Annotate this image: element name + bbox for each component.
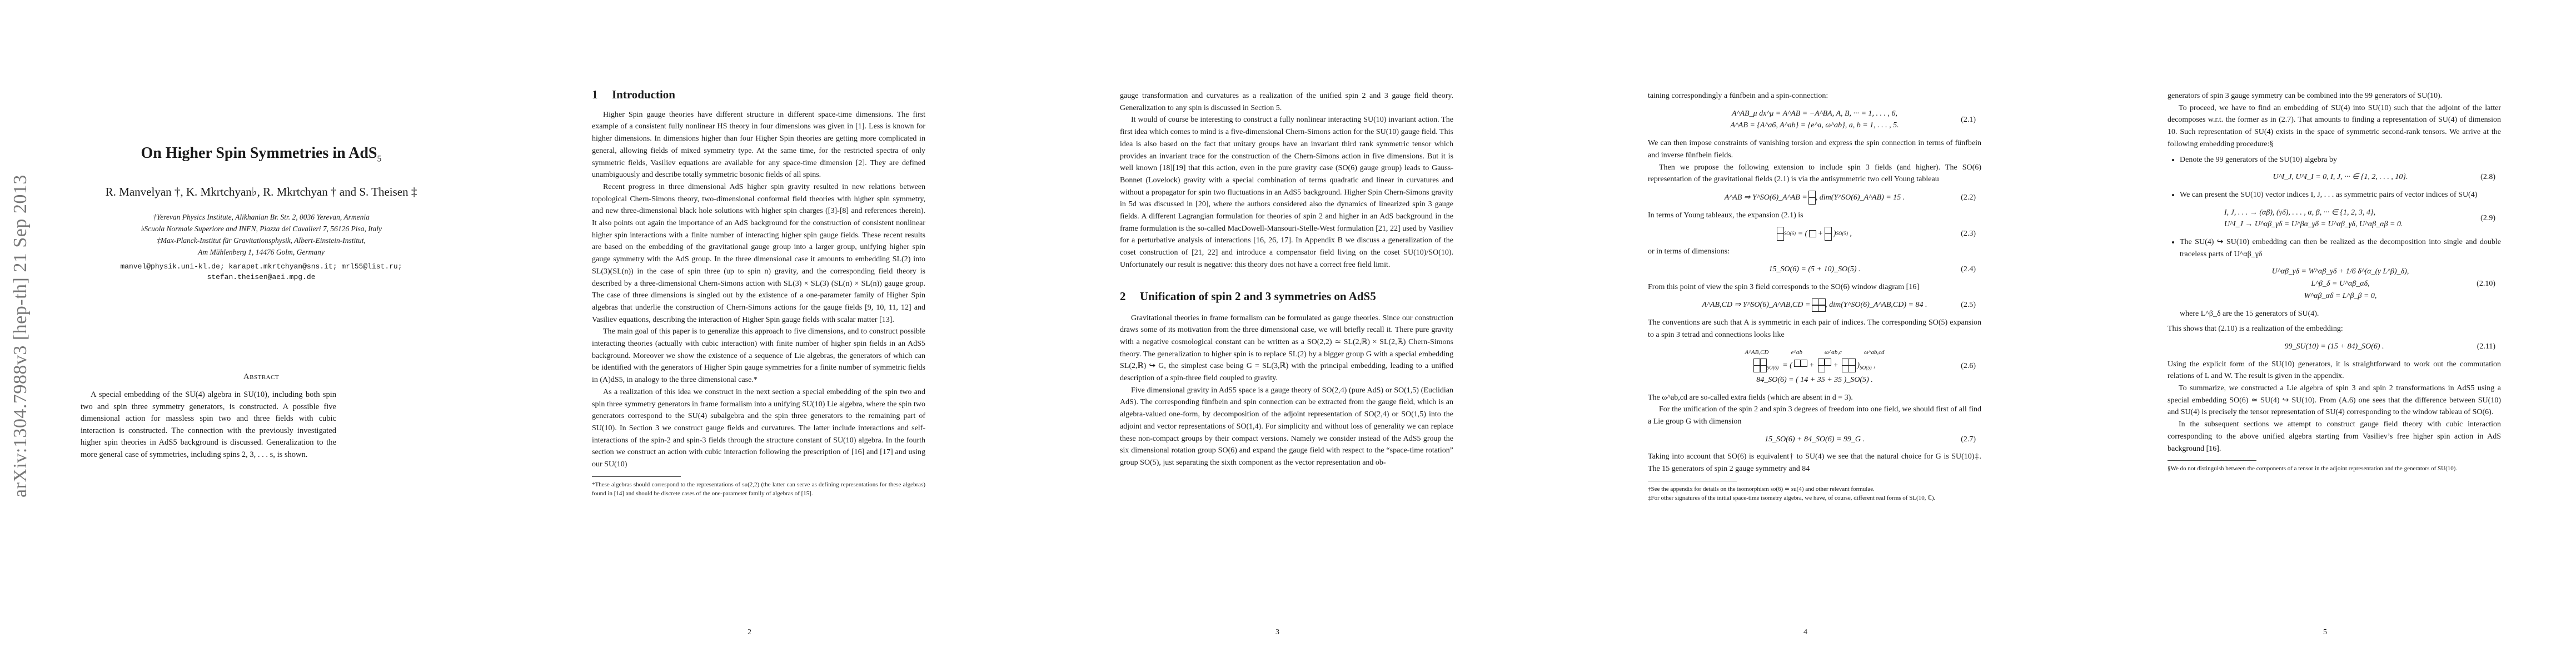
page-number: 3 — [1275, 628, 1279, 637]
paragraph: Five dimensional gravity in AdS5 space i… — [1120, 385, 1453, 469]
embedding-procedure-list: Denote the 99 generators of the SU(10) a… — [2168, 154, 2501, 320]
footnote-rule — [1648, 481, 1737, 481]
page-4: taining correspondingly a fünfbein and a… — [1637, 0, 1987, 667]
paper-title: On Higher Spin Symmetries in AdS5 — [111, 145, 411, 165]
footnote: †See the appendix for details on the iso… — [1648, 485, 1981, 494]
equation-2-11: 99_SU(10) = (15 + 84)_SO(6) . (2.11) — [2168, 341, 2501, 353]
young-tableau-box-icon — [1809, 230, 1816, 237]
affiliations: †Yerevan Physics Institute, Alikhanian B… — [72, 211, 450, 258]
equation-2-8: U^I_J, U^I_I = 0, I, J, ··· ∈ {1, 2, . .… — [2180, 171, 2501, 183]
section-heading-introduction: 1Introduction — [592, 89, 925, 101]
young-tableau-column-icon — [1777, 227, 1784, 240]
footnote: *These algebras should correspond to the… — [592, 480, 925, 498]
young-tableau-column-icon — [1825, 227, 1832, 240]
page-5: generators of spin 3 gauge symmetry can … — [2156, 0, 2507, 667]
footnote-rule — [2168, 460, 2256, 461]
footnote: ‡For other signatures of the initial spa… — [1648, 494, 1981, 502]
equation-2-9: I, J, . . . → (αβ), (γδ), . . . , α, β, … — [2180, 207, 2501, 231]
page-1: arXiv:1304.7988v3 [hep-th] 21 Sep 2013 O… — [0, 0, 522, 667]
authors: R. Manvelyan †, K. Mkrtchyan♭, R. Mkrtch… — [72, 185, 450, 199]
young-tableau-window-icon — [1753, 359, 1766, 372]
paragraph: As a realization of this idea we constru… — [592, 386, 925, 471]
list-item: Denote the 99 generators of the SU(10) a… — [2180, 154, 2501, 183]
equation-2-5: A^AB,CD ⇒ Y^SO(6)_A^AB,CD = , dim(Y^SO(6… — [1648, 298, 1981, 311]
page-3-body: gauge transformation and curvatures as a… — [1120, 90, 1453, 469]
page-4-body: taining correspondingly a fünfbein and a… — [1648, 90, 1981, 502]
list-item: The SU(4) ↪ SU(10) embedding can then be… — [2180, 236, 2501, 320]
young-tableau-window-icon — [1812, 298, 1825, 311]
page-number: 4 — [1803, 628, 1807, 637]
emails: manvel@physik.uni-kl.de; karapet.mkrtchy… — [72, 261, 450, 282]
paragraph: gauge transformation and curvatures as a… — [1120, 90, 1453, 114]
footnote: §We do not distinguish between the compo… — [2168, 464, 2501, 473]
equation-2-4: 15_SO(6) = (5 + 10)_SO(5) . (2.4) — [1648, 263, 1981, 276]
abstract-text: A special embedding of the SU(4) algebra… — [81, 389, 336, 461]
paragraph: It would of course be interesting to con… — [1120, 114, 1453, 271]
young-tableau-window-icon — [1842, 359, 1855, 372]
paragraph: Gravitational theories in frame formalis… — [1120, 312, 1453, 385]
page-2: 1Introduction Higher Spin gauge theories… — [581, 0, 931, 667]
section-heading-unification: 2Unification of spin 2 and 3 symmetries … — [1120, 288, 1453, 305]
young-tableau-column-icon — [1809, 191, 1816, 204]
page-number: 2 — [748, 628, 751, 637]
paragraph: The main goal of this paper is to genera… — [592, 326, 925, 386]
equation-2-1: A^AB_μ dx^μ = A^AB = −A^BA, A, B, ··· = … — [1648, 108, 1981, 132]
young-tableau-row-icon — [1794, 360, 1807, 367]
page-3: gauge transformation and curvatures as a… — [1109, 0, 1459, 667]
arxiv-stamp: arXiv:1304.7988v3 [hep-th] 21 Sep 2013 — [6, 167, 33, 500]
equation-2-3: SO(6) = ( + )SO(5) , (2.3) — [1648, 227, 1981, 240]
equation-2-2: A^AB ⇒ Y^SO(6)_A^AB = , dim(Y^SO(6)_A^AB… — [1648, 191, 1981, 204]
abstract-heading: Abstract — [72, 372, 450, 382]
list-item: We can present the SU(10) vector indices… — [2180, 189, 2501, 231]
page-5-body: generators of spin 3 gauge symmetry can … — [2168, 90, 2501, 473]
footnote-rule — [592, 476, 681, 477]
equation-2-6: A^AB,CD e^ab ω^ab,c ω^ab,cd SO(6) = ( + … — [1648, 347, 1981, 386]
paragraph: Recent progress in three dimensional AdS… — [592, 181, 925, 326]
equation-2-10: U^αβ_γδ = W^αβ_γδ + 1/6 δ^(α_(γ L^β)_δ),… — [2180, 266, 2501, 302]
page-2-body: 1Introduction Higher Spin gauge theories… — [592, 89, 925, 498]
equation-2-7: 15_SO(6) + 84_SO(6) = 99_G . (2.7) — [1648, 434, 1981, 446]
young-tableau-hook-icon — [1818, 359, 1831, 372]
page-number: 5 — [2323, 628, 2327, 637]
paragraph: Higher Spin gauge theories have differen… — [592, 109, 925, 181]
